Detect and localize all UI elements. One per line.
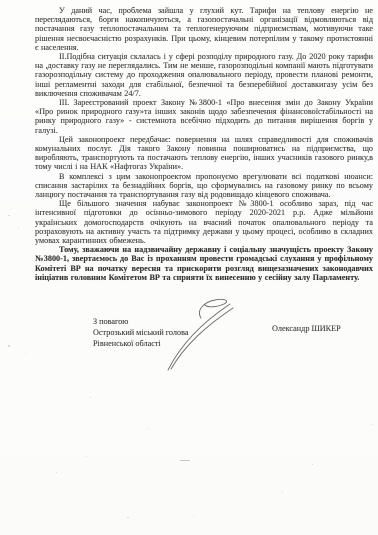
scan-speck — [8, 215, 10, 216]
scan-speck — [18, 228, 19, 229]
scan-speck — [127, 517, 129, 518]
scan-speck — [371, 424, 372, 425]
paragraph-3: ІІІ. Зареєстрований проект Закону №3800-… — [35, 98, 373, 135]
paragraph-7-resolution: Тому, зважаючи на надзвичайну державну і… — [35, 245, 373, 282]
signature-block: З повагою Острозький міський голова Рівн… — [35, 316, 373, 406]
paragraph-6: Ще більшого значення набуває законопроек… — [35, 199, 373, 245]
scan-speck — [312, 464, 313, 465]
paragraph-2: ІІ.Подібна ситуація склалась і у сфері р… — [35, 52, 373, 98]
scan-speck — [90, 397, 91, 398]
paragraph-1: У даний час, проблема зайшла у глухий ку… — [35, 6, 373, 52]
letter-body: У даний час, проблема зайшла у глухий ку… — [35, 6, 373, 282]
paragraph-5: В комплексі з цим законопроектом пропону… — [35, 172, 373, 200]
scan-speck — [56, 472, 57, 473]
scan-speck — [118, 341, 119, 342]
scan-speck — [86, 456, 87, 457]
scan-speck — [282, 491, 283, 492]
signer-name: Олександр ШИКЕР — [272, 324, 341, 333]
handwritten-signature — [160, 290, 240, 374]
scan-speck — [25, 353, 26, 354]
paragraph-4: Цей законопроект передбачає: повернення … — [35, 135, 373, 172]
scan-speck — [180, 460, 190, 461]
scan-speck — [8, 345, 10, 347]
letter-page: У даний час, проблема зайшла у глухий ку… — [0, 0, 378, 535]
scan-speck — [148, 428, 149, 429]
scan-speck — [193, 516, 194, 517]
